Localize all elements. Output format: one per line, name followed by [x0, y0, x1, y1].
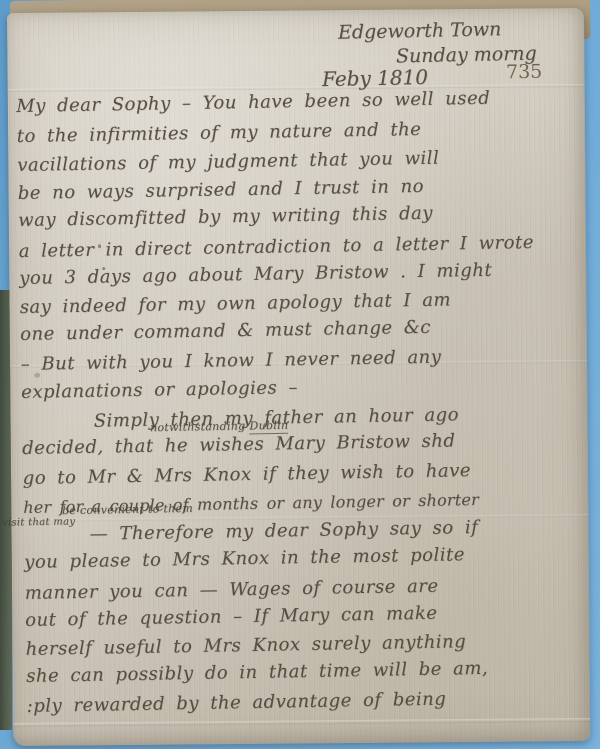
insertion-text: notwithstanding	[150, 420, 246, 435]
insertion-underlined-word: Dublin	[249, 419, 288, 435]
letter-photograph: Edgeworth Town Sunday morng Feby 1810 73…	[0, 0, 600, 749]
margin-note: visit that may	[2, 516, 75, 528]
dateline-place: Edgeworth Town	[338, 18, 502, 43]
interlinear-insertion: notwithstandingDublin	[150, 419, 289, 434]
letter-body: My dear Sophy – You have been so well us…	[16, 84, 599, 721]
archive-number: 735	[506, 61, 543, 84]
interlinear-insertion: be convenient to them	[62, 502, 193, 517]
